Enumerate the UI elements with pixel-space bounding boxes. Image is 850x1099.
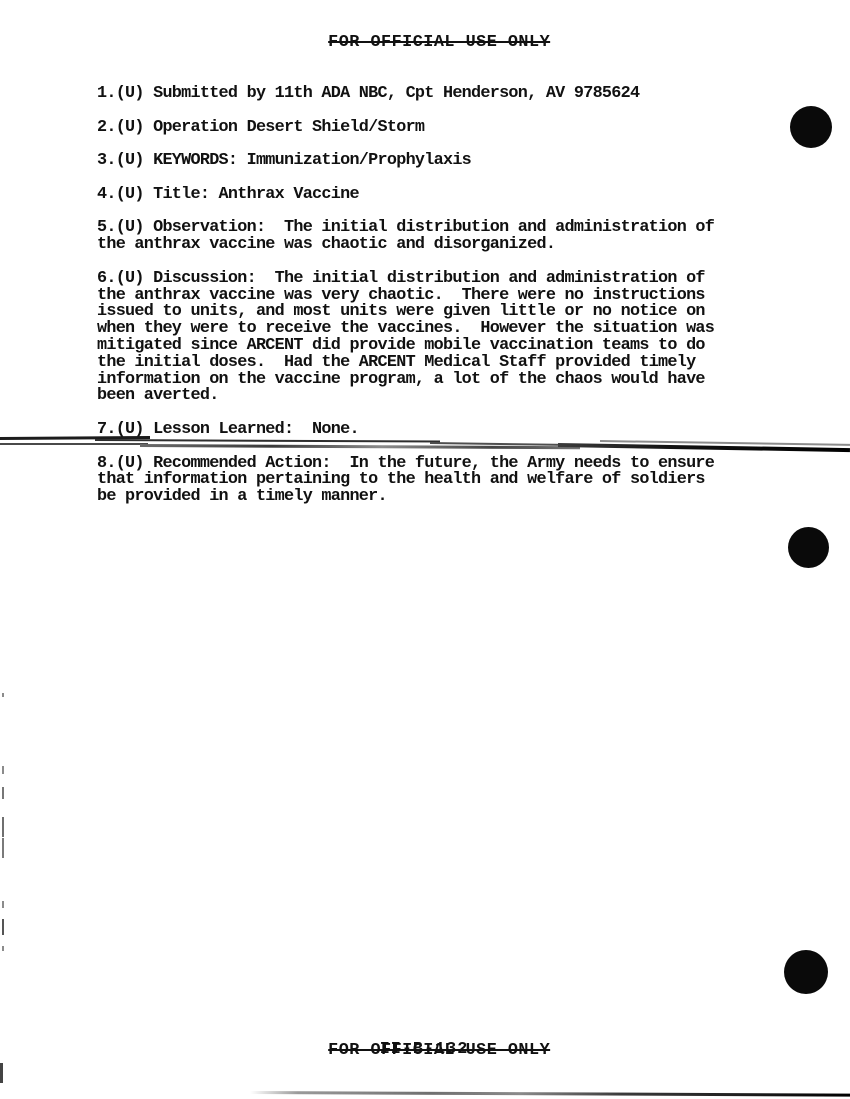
item-5-observation: 5.(U) Observation: The initial distribut… [97, 220, 787, 254]
item-4-title: 4.(U) Title: Anthrax Vaccine [97, 187, 787, 204]
scan-artifact-edge-mark [2, 838, 4, 858]
item-3-keywords: 3.(U) KEYWORDS: Immunization/Prophylaxis [97, 153, 787, 170]
scan-artifact-bottom-edge [250, 1091, 850, 1097]
document-body: 1.(U) Submitted by 11th ADA NBC, Cpt Hen… [97, 86, 787, 523]
scan-artifact-edge-mark [2, 901, 4, 908]
scan-artifact-edge-mark [2, 766, 4, 774]
hole-punch-dot [784, 950, 828, 994]
item-1-submitted-by: 1.(U) Submitted by 11th ADA NBC, Cpt Hen… [97, 86, 787, 103]
scan-artifact-edge-mark [2, 946, 4, 951]
scanned-document-page: FOR OFFICIAL USE ONLY 1.(U) Submitted by… [0, 0, 850, 1099]
page-number: II-B-132 [0, 1040, 848, 1059]
item-6-discussion: 6.(U) Discussion: The initial distributi… [97, 271, 787, 405]
scan-artifact-edge-mark [2, 817, 4, 837]
scan-artifact-edge-mark [0, 1063, 3, 1083]
item-7-lesson-learned: 7.(U) Lesson Learned: None. [97, 422, 787, 439]
scan-artifact-edge-mark [2, 787, 4, 799]
hole-punch-dot [790, 106, 832, 148]
scan-artifact-edge-mark [2, 693, 4, 697]
scan-artifact-line [0, 443, 148, 445]
item-2-operation: 2.(U) Operation Desert Shield/Storm [97, 120, 787, 137]
scan-artifact-edge-mark [2, 919, 4, 935]
item-8-recommended-action: 8.(U) Recommended Action: In the future,… [97, 456, 787, 506]
classification-banner-top: FOR OFFICIAL USE ONLY [0, 14, 836, 71]
classification-banner-top-text: FOR OFFICIAL USE ONLY [317, 33, 561, 52]
hole-punch-dot [788, 527, 829, 568]
